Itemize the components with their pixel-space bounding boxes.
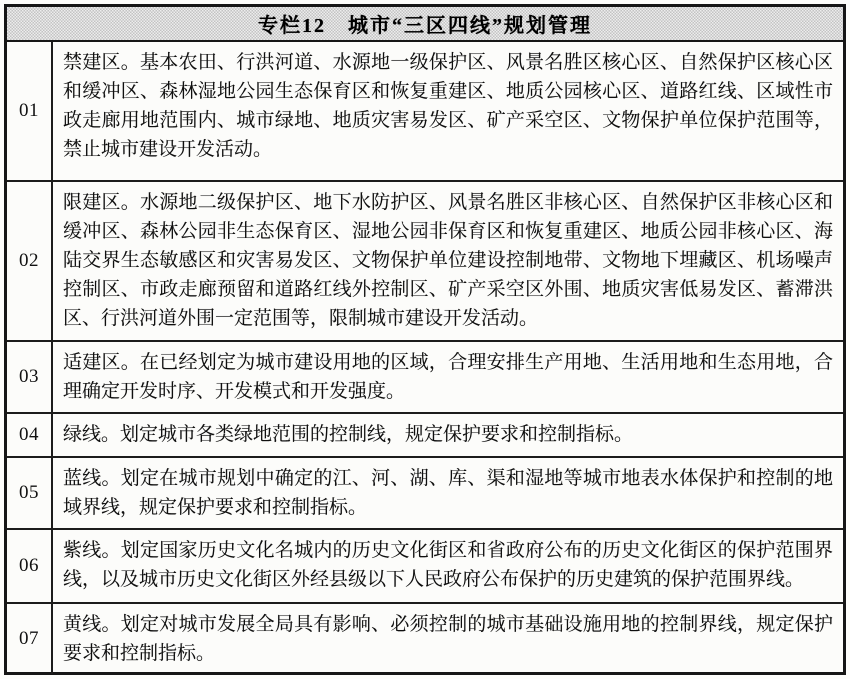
table-row: 01 禁建区。基本农田、行洪河道、水源地一级保护区、风景名胜区核心区、自然保护区… bbox=[7, 42, 843, 180]
row-text: 禁建区。基本农田、行洪河道、水源地一级保护区、风景名胜区核心区、自然保护区核心区… bbox=[53, 42, 843, 180]
row-text: 绿线。划定城市各类绿地范围的控制线，规定保护要求和控制指标。 bbox=[53, 414, 843, 456]
row-text: 蓝线。划定在城市规划中确定的江、河、湖、库、渠和湿地等城市地表水体保护和控制的地… bbox=[53, 458, 843, 528]
row-number: 02 bbox=[7, 182, 53, 340]
table-title: 专栏12 城市“三区四线”规划管理 bbox=[258, 9, 592, 38]
table-row: 02 限建区。水源地二级保护区、地下水防护区、风景名胜区非核心区、自然保护区非核… bbox=[7, 180, 843, 340]
row-number: 01 bbox=[7, 42, 53, 180]
table-row: 06 紫线。划定国家历史文化名城内的历史文化街区和省政府公布的历史文化街区的保护… bbox=[7, 528, 843, 602]
table-row: 05 蓝线。划定在城市规划中确定的江、河、湖、库、渠和湿地等城市地表水体保护和控… bbox=[7, 456, 843, 528]
row-text: 限建区。水源地二级保护区、地下水防护区、风景名胜区非核心区、自然保护区非核心区和… bbox=[53, 182, 843, 340]
table-header: 专栏12 城市“三区四线”规划管理 bbox=[7, 7, 843, 42]
table-row: 03 适建区。在已经划定为城市建设用地的区域，合理安排生产用地、生活用地和生态用… bbox=[7, 340, 843, 412]
row-number: 07 bbox=[7, 604, 53, 674]
row-number: 04 bbox=[7, 414, 53, 456]
row-number: 03 bbox=[7, 342, 53, 412]
table-body: 01 禁建区。基本农田、行洪河道、水源地一级保护区、风景名胜区核心区、自然保护区… bbox=[7, 42, 843, 674]
scanned-document-page: 专栏12 城市“三区四线”规划管理 01 禁建区。基本农田、行洪河道、水源地一级… bbox=[0, 0, 850, 679]
table-frame: 专栏12 城市“三区四线”规划管理 01 禁建区。基本农田、行洪河道、水源地一级… bbox=[4, 4, 846, 675]
row-number: 05 bbox=[7, 458, 53, 528]
table-row: 04 绿线。划定城市各类绿地范围的控制线，规定保护要求和控制指标。 bbox=[7, 412, 843, 456]
row-number: 06 bbox=[7, 530, 53, 602]
row-text: 适建区。在已经划定为城市建设用地的区域，合理安排生产用地、生活用地和生态用地，合… bbox=[53, 342, 843, 412]
row-text: 紫线。划定国家历史文化名城内的历史文化街区和省政府公布的历史文化街区的保护范围界… bbox=[53, 530, 843, 602]
table-row: 07 黄线。划定对城市发展全局具有影响、必须控制的城市基础设施用地的控制界线，规… bbox=[7, 602, 843, 674]
row-text: 黄线。划定对城市发展全局具有影响、必须控制的城市基础设施用地的控制界线，规定保护… bbox=[53, 604, 843, 674]
